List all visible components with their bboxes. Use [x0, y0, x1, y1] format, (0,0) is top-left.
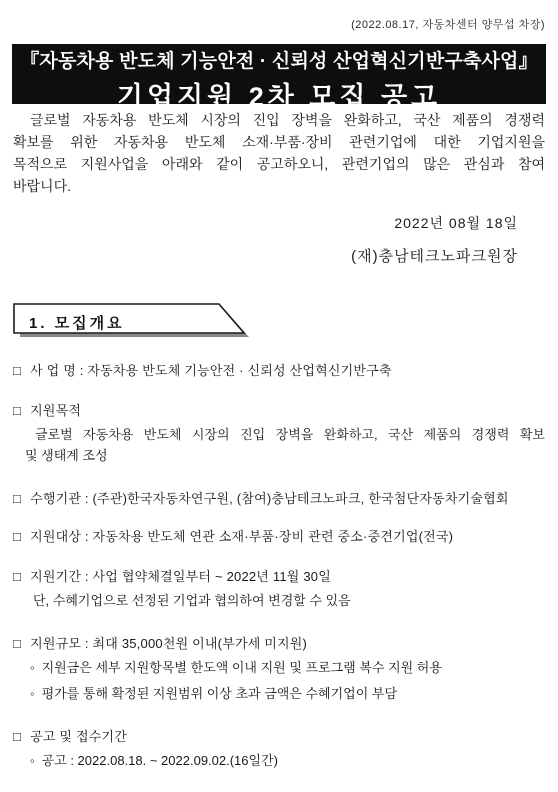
circle-bullet: ◦ — [30, 753, 35, 768]
item-support-scale: □지원규모 : 최대 35,000천원 이내(부가세 미지원) — [13, 635, 545, 652]
intro-line: 바랍니다. — [13, 175, 545, 197]
intro-paragraph: 글로벌 자동차용 반도체 시장의 진입 장벽을 완화하고, 국산 제품의 경쟁력… — [13, 109, 545, 197]
intro-line: 목적으로 지원사업을 아래와 같이 공고하오니, 관련기업의 많은 관심과 참여 — [13, 153, 545, 175]
item-text: 지원규모 : 최대 35,000천원 이내(부가세 미지원) — [30, 636, 307, 651]
bullet-text: 공고 : 2022.08.18. ~ 2022.09.02.(16일간) — [42, 753, 278, 768]
item-support-purpose-detail: 글로벌 자동차용 반도체 시장의 진입 장벽을 완화하고, 국산 제품의 경쟁력… — [25, 426, 545, 443]
title-banner: 『자동차용 반도체 기능안전 · 신뢰성 산업혁신기반구축사업』 기업지원 2차… — [12, 44, 546, 104]
item-support-purpose-detail: 및 생태계 조성 — [25, 447, 545, 464]
announcement-date: 2022년 08월 18일 — [351, 213, 518, 233]
item-application-period-bullet: ◦공고 : 2022.08.18. ~ 2022.09.02.(16일간) — [30, 752, 545, 769]
checkbox-bullet: □ — [13, 569, 21, 584]
section-title: 1. 모집개요 — [29, 312, 125, 333]
item-support-scale-bullet: ◦평가를 통해 확정된 지원범위 이상 초과 금액은 수혜기업이 부담 — [30, 685, 545, 702]
program-title: 『자동차용 반도체 기능안전 · 신뢰성 산업혁신기반구축사업』 — [12, 44, 546, 73]
item-text: 사 업 명 : 자동차용 반도체 기능안전 · 신뢰성 산업혁신기반구축 — [30, 363, 392, 378]
item-text: 지원목적 — [30, 403, 81, 418]
signer-name: (재)충남테크노파크원장 — [351, 245, 518, 266]
item-support-target: □지원대상 : 자동차용 반도체 연관 소재·부품·장비 관련 중소·중견기업(… — [13, 528, 545, 545]
revision-note: (2022.08.17, 자동차센터 양무섭 차장) — [351, 16, 545, 32]
item-support-period-note: 단, 수혜기업으로 선정된 기업과 협의하여 변경할 수 있음 — [33, 592, 545, 609]
checkbox-bullet: □ — [13, 729, 21, 744]
announcement-document-page: (2022.08.17, 자동차센터 양무섭 차장) 『자동차용 반도체 기능안… — [0, 0, 558, 792]
bullet-text: 지원금은 세부 지원항목별 한도액 이내 지원 및 프로그램 복수 지원 허용 — [42, 660, 442, 675]
item-support-period: □지원기간 : 사업 협약체결일부터 ~ 2022년 11월 30일 — [13, 568, 545, 585]
circle-bullet: ◦ — [30, 660, 35, 675]
checkbox-bullet: □ — [13, 636, 21, 651]
checkbox-bullet: □ — [13, 529, 21, 544]
item-text: 지원대상 : 자동차용 반도체 연관 소재·부품·장비 관련 중소·중견기업(전… — [30, 529, 453, 544]
overview-list: □사 업 명 : 자동차용 반도체 기능안전 · 신뢰성 산업혁신기반구축 □지… — [13, 362, 545, 769]
checkbox-bullet: □ — [13, 491, 21, 506]
intro-line: 글로벌 자동차용 반도체 시장의 진입 장벽을 완화하고, 국산 제품의 경쟁력 — [13, 109, 545, 131]
checkbox-bullet: □ — [13, 363, 21, 378]
item-support-purpose: □지원목적 — [13, 402, 545, 419]
signature-block: 2022년 08월 18일 (재)충남테크노파크원장 — [351, 213, 518, 266]
item-application-period: □공고 및 접수기간 — [13, 728, 545, 745]
item-text: 지원기간 : 사업 협약체결일부터 ~ 2022년 11월 30일 — [30, 569, 331, 584]
bullet-text: 평가를 통해 확정된 지원범위 이상 초과 금액은 수혜기업이 부담 — [42, 686, 397, 701]
circle-bullet: ◦ — [30, 686, 35, 701]
checkbox-bullet: □ — [13, 403, 21, 418]
intro-line: 확보를 위한 자동차용 반도체 소재·부품·장비 관련기업에 대한 기업지원을 — [13, 131, 545, 153]
item-support-scale-bullet: ◦지원금은 세부 지원항목별 한도액 이내 지원 및 프로그램 복수 지원 허용 — [30, 659, 545, 676]
item-text: 수행기관 : (주관)한국자동차연구원, (참여)충남테크노파크, 한국첨단자동… — [30, 491, 509, 506]
section-header: 1. 모집개요 — [13, 302, 265, 344]
item-text: 공고 및 접수기간 — [30, 729, 127, 744]
item-project-name: □사 업 명 : 자동차용 반도체 기능안전 · 신뢰성 산업혁신기반구축 — [13, 362, 545, 379]
item-executing-agency: □수행기관 : (주관)한국자동차연구원, (참여)충남테크노파크, 한국첨단자… — [13, 490, 545, 507]
